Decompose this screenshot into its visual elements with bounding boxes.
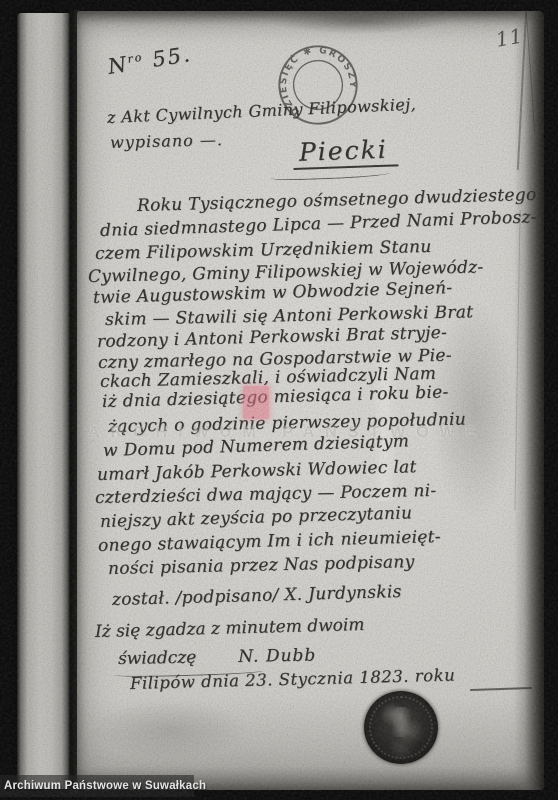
- archive-caption-text: Archiwum Państwowe w Suwałkach: [0, 780, 206, 792]
- document-scan: DZIESIĘĆ ✱ GROSZY 11 Nro 55. z Akt Cywil…: [0, 0, 558, 800]
- record-title: Piecki: [292, 134, 398, 170]
- faint-archive-watermark: ARCHIWUM PAŃSTWOWE: [88, 424, 538, 442]
- archive-caption-bar: Archiwum Państwowe w Suwałkach: [0, 775, 194, 797]
- wax-seal-icon: [364, 691, 438, 764]
- pink-highlight-mark: [243, 386, 269, 419]
- book-page-edge-strip: [17, 13, 70, 789]
- record-number-superscript: ro: [126, 50, 144, 65]
- closing-certify-word: świadczę: [118, 648, 197, 669]
- signature: N. Dubb: [238, 646, 316, 667]
- heading-line-2: wypisano —.: [110, 130, 223, 152]
- page-number: 11: [494, 23, 525, 51]
- closing-signature-line: świadczęN. Dubb: [118, 646, 317, 669]
